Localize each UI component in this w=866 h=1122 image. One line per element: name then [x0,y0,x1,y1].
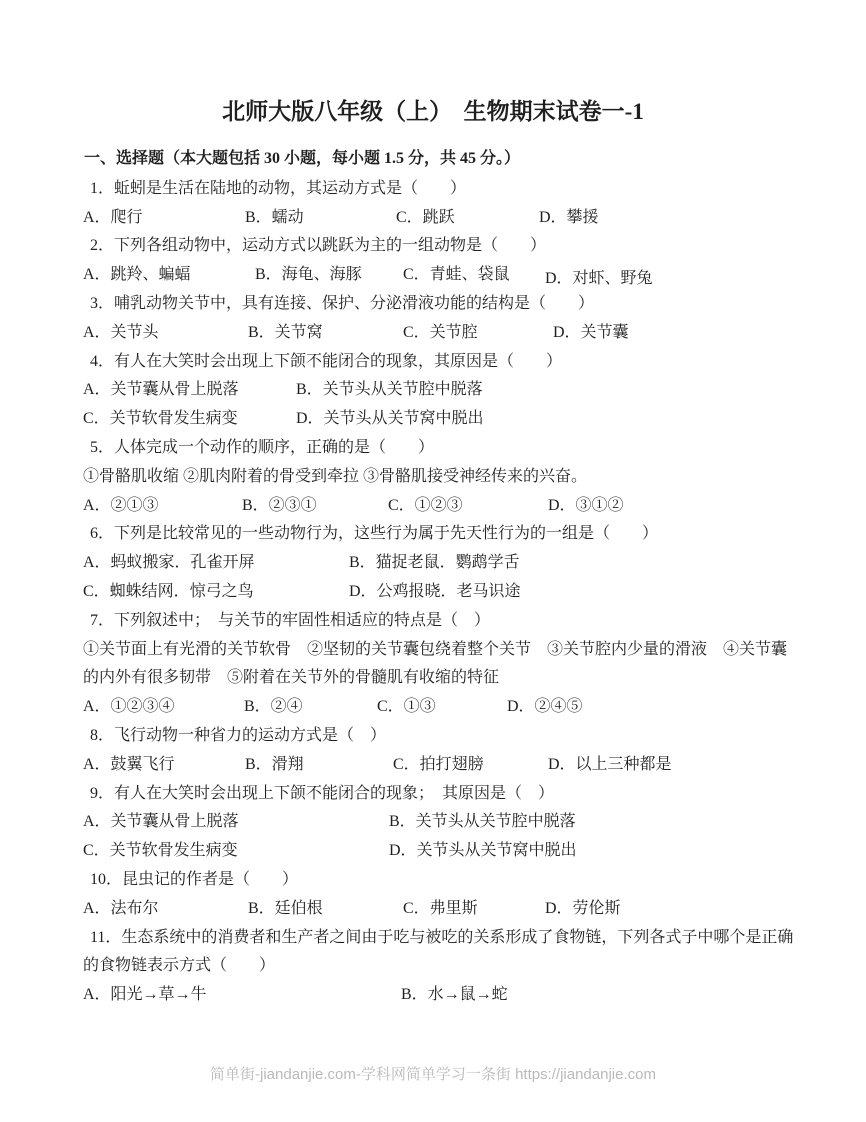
question-6-options-row: C．蜘蛛结网．惊弓之鸟D．公鸡报晓．老马识途 [83,575,803,604]
question-9-text: 9．有人在大笑时会出现上下颌不能闭合的现象； 其原因是（ ） [90,780,554,803]
question-8-option-D: D．以上三种都是 [548,751,672,774]
question-1-option-A: A．爬行 [83,204,245,227]
question-2: 2．下列各组动物中，运动方式以跳跃为主的一组动物是（ ）A．跳羚、蝙蝠B．海龟、… [83,230,803,288]
question-3-option-A: A．关节头 [83,319,248,342]
question-2-option-A: A．跳羚、蝙蝠 [83,261,255,284]
question-6-option-A: A．蚂蚁搬家．孔雀开屏 [83,549,349,572]
question-3: 3．哺乳动物关节中，具有连接、保护、分泌滑液功能的结构是（ ）A．关节头B．关节… [83,287,803,345]
question-7-stem-line: 7．下列叙述中； 与关节的牢固性相适应的特点是（ ） [83,604,803,633]
question-7-sub-line: 的内外有很多韧带 ⑤附着在关节外的骨髓肌有收缩的特征 [83,662,803,691]
question-7-text: 7．下列叙述中； 与关节的牢固性相适应的特点是（ ） [90,607,490,630]
question-7-text: ①关节面上有光滑的关节软骨 ②坚韧的关节囊包绕着整个关节 ③关节腔内少量的滑液 … [83,636,787,659]
exam-document-page: { "page": { "title": "北师大版八年级（上） 生物期末试卷一… [0,0,866,1122]
question-9: 9．有人在大笑时会出现上下颌不能闭合的现象； 其原因是（ ）A．关节囊从骨上脱落… [83,777,803,863]
question-9-options-row: A．关节囊从骨上脱落B．关节头从关节腔中脱落 [83,806,803,835]
question-7-sub-line: ①关节面上有光滑的关节软骨 ②坚韧的关节囊包绕着整个关节 ③关节腔内少量的滑液 … [83,633,803,662]
question-5-option-C: C．①②③ [388,492,548,515]
question-4-stem-line: 4．有人在大笑时会出现上下颌不能闭合的现象，其原因是（ ） [83,345,803,374]
question-11-text: 的食物链表示方式（ ） [83,952,275,975]
question-1-options-row: A．爬行B．蠕动C．跳跃D．攀援 [83,201,803,230]
question-8: 8．飞行动物一种省力的运动方式是（ ）A．鼓翼飞行B．滑翔C．拍打翅膀D．以上三… [83,719,803,777]
question-10-option-B: B．廷伯根 [248,895,403,918]
question-11-stem-line: 11．生态系统中的消费者和生产者之间由于吃与被吃的关系形成了食物链，下列各式子中… [83,921,803,950]
question-5-options-row: A．②①③B．②③①C．①②③D．③①② [83,489,803,518]
question-10-option-C: C．弗里斯 [403,895,545,918]
question-1: 1．蚯蚓是生活在陆地的动物，其运动方式是（ ）A．爬行B．蠕动C．跳跃D．攀援 [83,172,803,230]
question-8-option-C: C．拍打翅膀 [393,751,548,774]
question-4-option-A: A．关节囊从骨上脱落 [83,376,296,399]
question-3-option-D: D．关节囊 [553,319,629,342]
question-4-options-row: C．关节软骨发生病变D．关节头从关节窝中脱出 [83,402,803,431]
question-2-option-D: D．对虾、野兔 [545,265,653,288]
question-9-option-A: A．关节囊从骨上脱落 [83,808,389,831]
question-5-option-D: D．③①② [548,492,624,515]
question-5: 5．人体完成一个动作的顺序，正确的是（ ）①骨骼肌收缩 ②肌肉附着的骨受到牵拉 … [83,431,803,517]
question-7: 7．下列叙述中； 与关节的牢固性相适应的特点是（ ）①关节面上有光滑的关节软骨 … [83,604,803,719]
question-4: 4．有人在大笑时会出现上下颌不能闭合的现象，其原因是（ ）A．关节囊从骨上脱落B… [83,345,803,431]
question-8-stem-line: 8．飞行动物一种省力的运动方式是（ ） [83,719,803,748]
question-6-text: 6．下列是比较常见的一些动物行为，这些行为属于先天性行为的一组是（ ） [90,520,658,543]
question-1-option-B: B．蠕动 [245,204,396,227]
question-4-option-B: B．关节头从关节腔中脱落 [296,376,483,399]
question-5-sub-line: ①骨骼肌收缩 ②肌肉附着的骨受到牵拉 ③骨骼肌接受神经传来的兴奋。 [83,460,803,489]
question-7-option-B: B．②④ [244,693,377,716]
question-1-option-D: D．攀援 [539,204,599,227]
question-5-text: ①骨骼肌收缩 ②肌肉附着的骨受到牵拉 ③骨骼肌接受神经传来的兴奋。 [83,463,587,486]
question-2-option-C: C．青蛙、袋鼠 [403,261,545,284]
question-11-option-A: A．阳光→草→牛 [83,981,401,1004]
question-6-options-row: A．蚂蚁搬家．孔雀开屏B．猫捉老鼠．鹦鹉学舌 [83,546,803,575]
question-4-text: 4．有人在大笑时会出现上下颌不能闭合的现象，其原因是（ ） [90,348,562,371]
question-6-stem-line: 6．下列是比较常见的一些动物行为，这些行为属于先天性行为的一组是（ ） [83,518,803,547]
question-2-option-B: B．海龟、海豚 [255,261,403,284]
question-5-text: 5．人体完成一个动作的顺序，正确的是（ ） [90,434,434,457]
question-9-option-B: B．关节头从关节腔中脱落 [389,808,576,831]
question-1-stem-line: 1．蚯蚓是生活在陆地的动物，其运动方式是（ ） [83,172,803,201]
question-11: 11．生态系统中的消费者和生产者之间由于吃与被吃的关系形成了食物链，下列各式子中… [83,921,803,1007]
question-7-option-A: A．①②③④ [83,693,244,716]
question-10-stem-line: 10．昆虫记的作者是（ ） [83,863,803,892]
question-9-option-C: C．关节软骨发生病变 [83,837,389,860]
question-7-text: 的内外有很多韧带 ⑤附着在关节外的骨髓肌有收缩的特征 [83,664,499,687]
question-6-option-D: D．公鸡报晓．老马识途 [349,578,521,601]
question-10: 10．昆虫记的作者是（ ）A．法布尔B．廷伯根C．弗里斯D．劳伦斯 [83,863,803,921]
question-3-text: 3．哺乳动物关节中，具有连接、保护、分泌滑液功能的结构是（ ） [90,290,594,313]
question-7-options-row: A．①②③④B．②④C．①③D．②④⑤ [83,690,803,719]
question-2-options-row: A．跳羚、蝙蝠B．海龟、海豚C．青蛙、袋鼠D．对虾、野兔 [83,258,803,287]
question-6-option-B: B．猫捉老鼠．鹦鹉学舌 [349,549,520,572]
question-4-option-C: C．关节软骨发生病变 [83,405,296,428]
question-9-options-row: C．关节软骨发生病变D．关节头从关节窝中脱出 [83,834,803,863]
question-7-option-C: C．①③ [377,693,507,716]
question-5-stem-line: 5．人体完成一个动作的顺序，正确的是（ ） [83,431,803,460]
question-3-options-row: A．关节头B．关节窝C．关节腔D．关节囊 [83,316,803,345]
question-10-option-A: A．法布尔 [83,895,248,918]
question-10-text: 10．昆虫记的作者是（ ） [90,866,298,889]
question-8-text: 8．飞行动物一种省力的运动方式是（ ） [90,722,386,745]
question-8-options-row: A．鼓翼飞行B．滑翔C．拍打翅膀D．以上三种都是 [83,748,803,777]
question-6: 6．下列是比较常见的一些动物行为，这些行为属于先天性行为的一组是（ ）A．蚂蚁搬… [83,518,803,604]
question-11-options-row: A．阳光→草→牛B．水→鼠→蛇 [83,978,803,1007]
question-7-option-D: D．②④⑤ [507,693,583,716]
footer-watermark: 简单街-jiandanjie.com-学科网简单学习一条街 https://ji… [0,1065,866,1085]
question-10-options-row: A．法布尔B．廷伯根C．弗里斯D．劳伦斯 [83,892,803,921]
question-2-stem-line: 2．下列各组动物中，运动方式以跳跃为主的一组动物是（ ） [83,230,803,259]
question-8-option-B: B．滑翔 [245,751,393,774]
question-1-text: 1．蚯蚓是生活在陆地的动物，其运动方式是（ ） [90,175,466,198]
question-1-option-C: C．跳跃 [396,204,539,227]
page-title: 北师大版八年级（上） 生物期末试卷一-1 [0,97,866,127]
question-5-option-B: B．②③① [242,492,388,515]
question-9-option-D: D．关节头从关节窝中脱出 [389,837,577,860]
question-11-sub-line: 的食物链表示方式（ ） [83,950,803,979]
question-3-option-C: C．关节腔 [403,319,553,342]
question-3-option-B: B．关节窝 [248,319,403,342]
question-2-text: 2．下列各组动物中，运动方式以跳跃为主的一组动物是（ ） [90,232,546,255]
question-11-text: 11．生态系统中的消费者和生产者之间由于吃与被吃的关系形成了食物链，下列各式子中… [90,924,793,947]
question-4-option-D: D．关节头从关节窝中脱出 [296,405,484,428]
section-header: 一、选择题（本大题包括 30 小题，每小题 1.5 分，共 45 分。） [84,147,520,171]
question-3-stem-line: 3．哺乳动物关节中，具有连接、保护、分泌滑液功能的结构是（ ） [83,287,803,316]
question-8-option-A: A．鼓翼飞行 [83,751,245,774]
question-11-option-B: B．水→鼠→蛇 [401,981,508,1004]
question-4-options-row: A．关节囊从骨上脱落B．关节头从关节腔中脱落 [83,374,803,403]
questions: 1．蚯蚓是生活在陆地的动物，其运动方式是（ ）A．爬行B．蠕动C．跳跃D．攀援2… [83,172,803,1007]
question-5-option-A: A．②①③ [83,492,242,515]
question-9-stem-line: 9．有人在大笑时会出现上下颌不能闭合的现象； 其原因是（ ） [83,777,803,806]
question-10-option-D: D．劳伦斯 [545,895,621,918]
question-6-option-C: C．蜘蛛结网．惊弓之鸟 [83,578,349,601]
